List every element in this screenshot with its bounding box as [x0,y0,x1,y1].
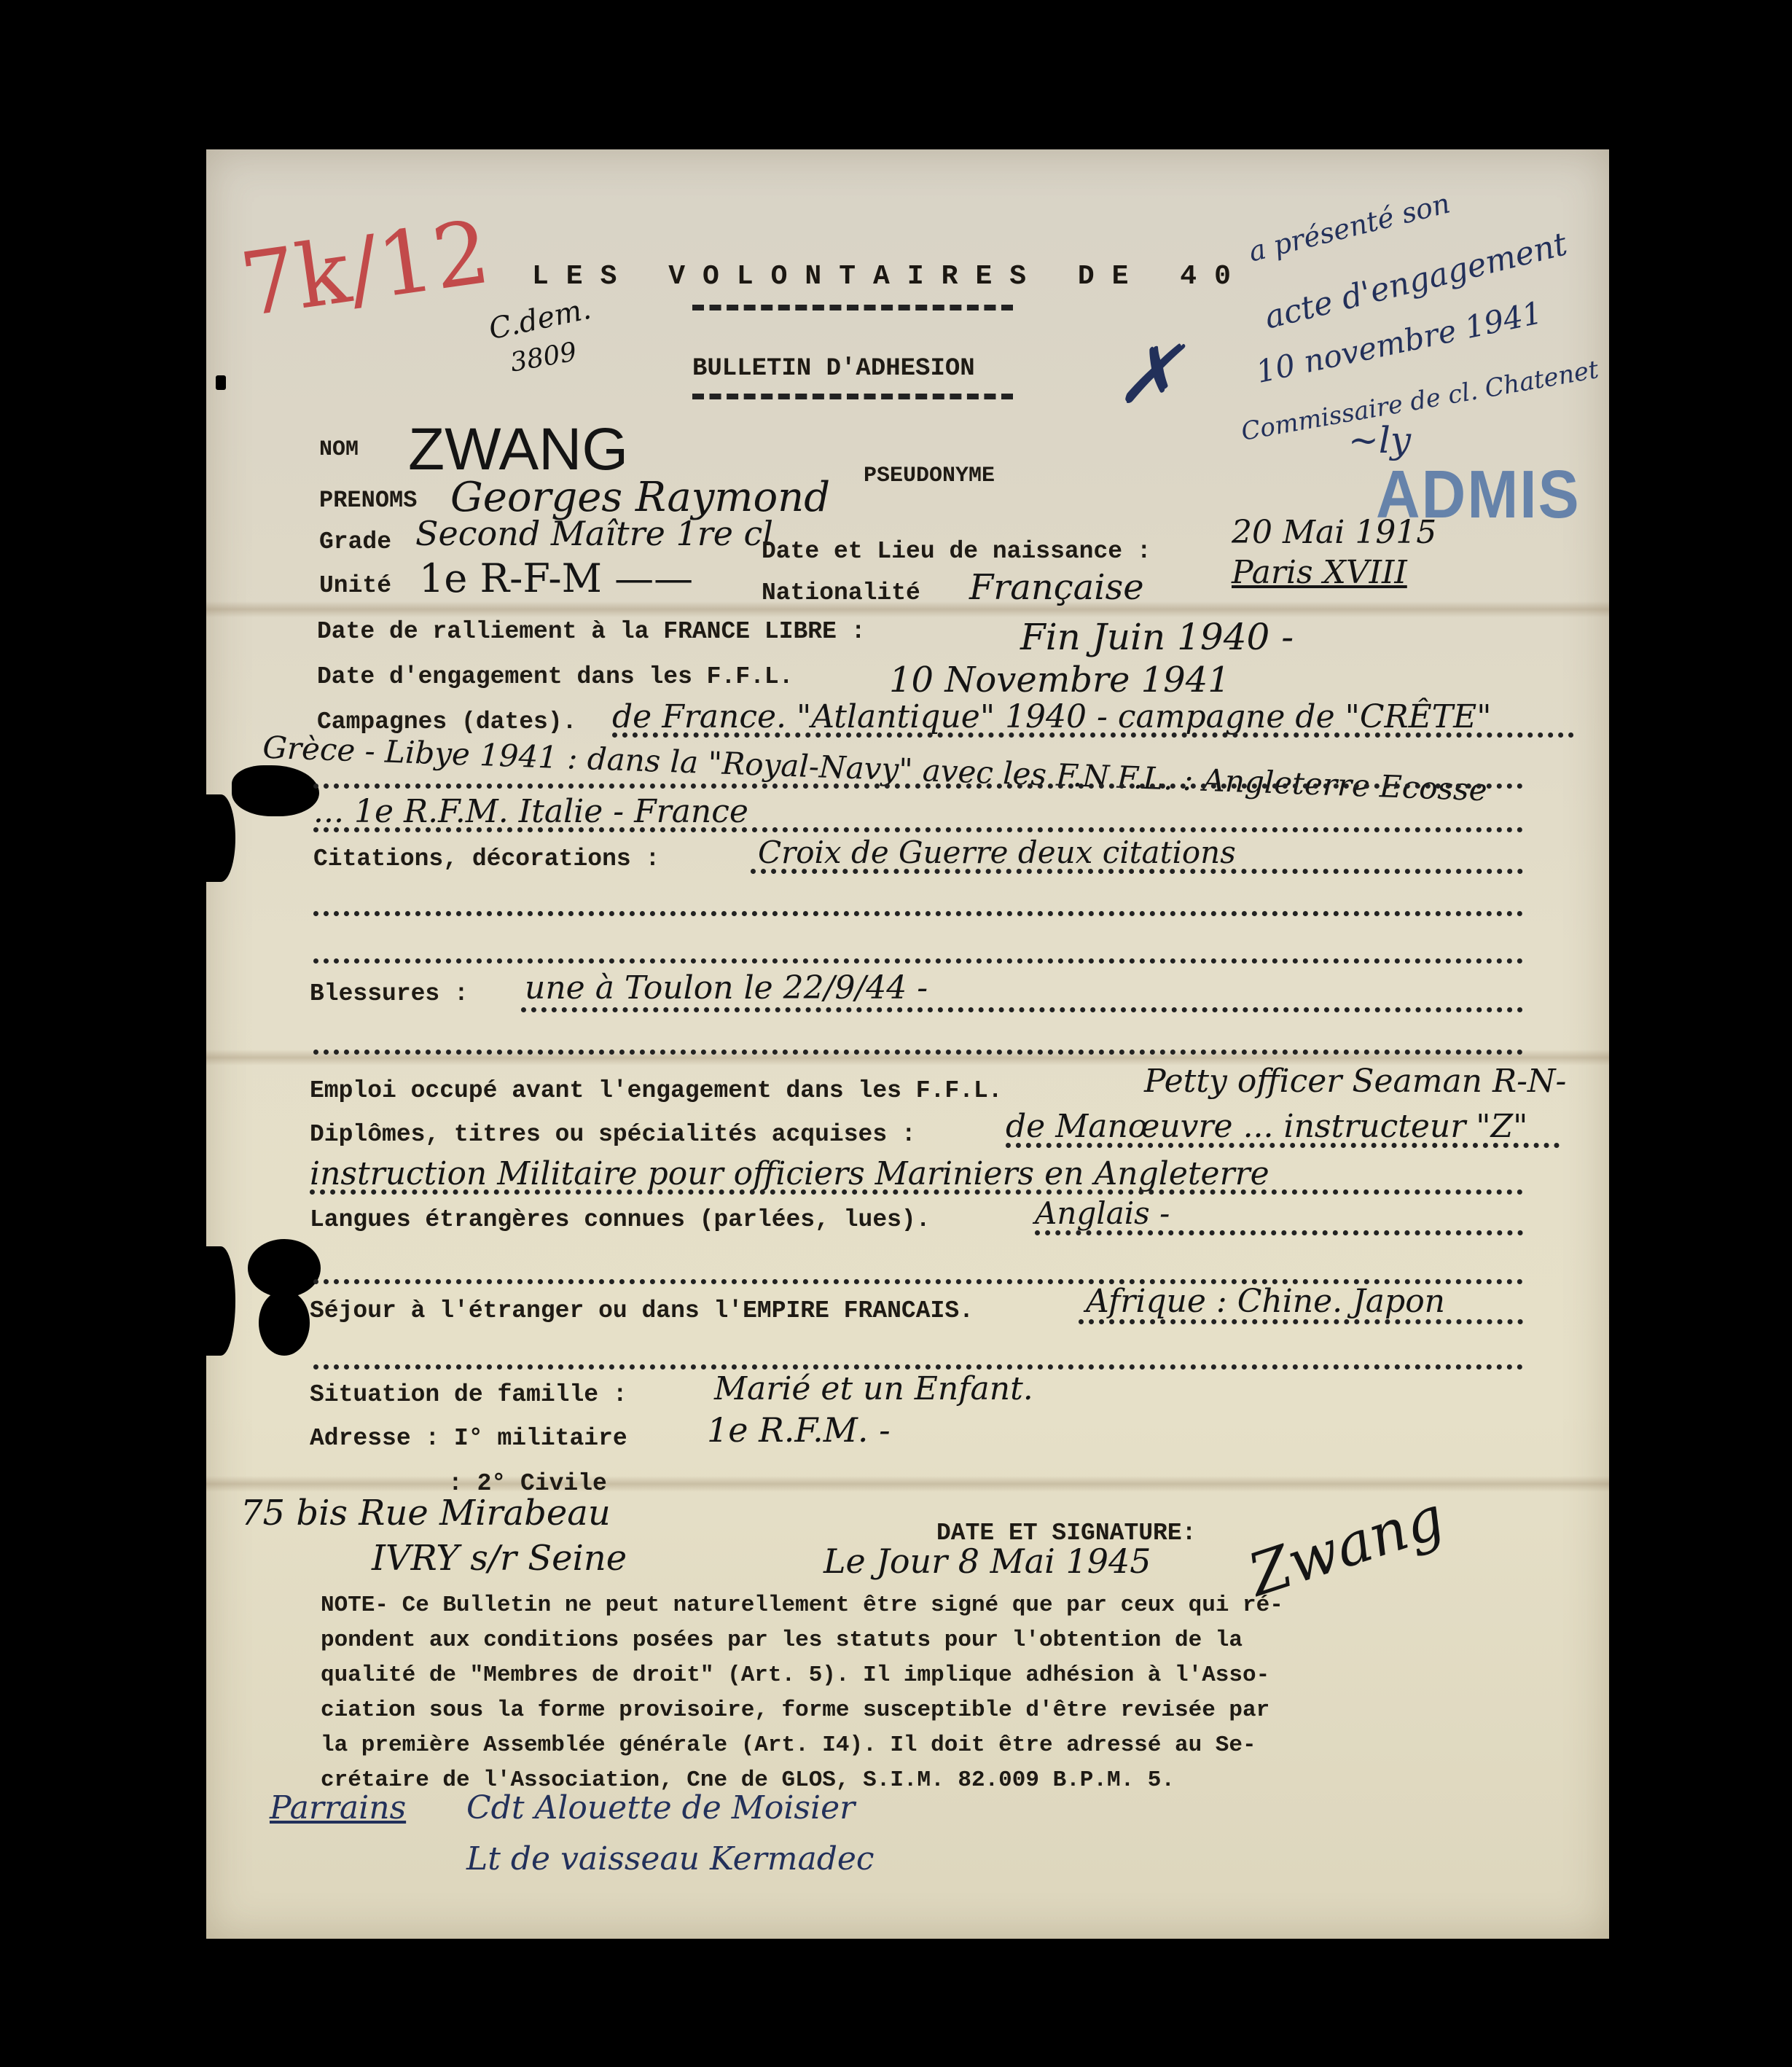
initials-mark-icon: ✗ [1115,328,1182,421]
dotted-line [1079,1312,1523,1324]
dotted-line [751,861,1523,874]
naissance-lieu: Paris XVIII [1232,554,1407,591]
dotted-line [313,776,1523,789]
dotted-line [313,1042,1523,1055]
situation-label: Situation de famille : [310,1381,627,1408]
note-line: NOTE- Ce Bulletin ne peut naturellement … [321,1593,1283,1619]
dotted-line [1035,1223,1523,1235]
naissance-date: 20 Mai 1915 [1232,514,1436,551]
unite-label: Unité [319,572,391,599]
dotted-line [521,1000,1523,1012]
note-line: ciation sous la forme provisoire, forme … [321,1697,1269,1724]
dotted-line [313,904,1523,916]
signature-date: Le Jour 8 Mai 1945 [823,1542,1151,1581]
adresse-militaire-label: Adresse : I° militaire [310,1425,627,1452]
ralliement-value: Fin Juin 1940 - [1020,616,1294,658]
punch-dot [216,375,226,390]
emploi-value: Petty officer Seaman R-N- [1144,1063,1566,1100]
nationalite-label: Nationalité [762,579,920,606]
dotted-line [313,1357,1523,1369]
document-title: LES VOLONTAIRES DE 40 [532,261,1248,292]
unite-value: 1e R-F-M —— [419,555,693,601]
parrains-label: Parrains [270,1789,406,1826]
dotted-line [612,725,1574,738]
situation-value: Marié et un Enfant. [714,1370,1033,1407]
torn-hole [248,1239,321,1297]
naissance-label: Date et Lieu de naissance : [762,538,1151,565]
dotted-line [310,1182,1523,1195]
note-line: pondent aux conditions posées par les st… [321,1628,1243,1654]
paper-fold [206,1476,1609,1492]
nationalite-value: Française [969,567,1144,608]
dotted-line [313,820,1523,832]
blessures-label: Blessures : [310,980,469,1007]
grade-value: Second Maître 1re cl [415,514,773,553]
dotted-line [313,951,1523,964]
pseudonyme-label: PSEUDONYME [864,464,995,488]
parrain-1: Cdt Alouette de Moisier [466,1789,855,1826]
sejour-label: Séjour à l'étranger ou dans l'EMPIRE FRA… [310,1297,974,1324]
prenoms-label: PRENOMS [319,487,417,514]
adresse-militaire-value: 1e R.F.M. - [707,1410,891,1450]
dotted-line [1006,1136,1560,1148]
document-subtitle: BULLETIN D'ADHESION [692,355,975,383]
note-line: la première Assemblée générale (Art. I4)… [321,1732,1256,1759]
adresse-civile-line2: IVRY s/r Seine [372,1538,627,1579]
engagement-label: Date d'engagement dans les F.F.L. [317,663,794,690]
emploi-label: Emploi occupé avant l'engagement dans le… [310,1077,1003,1104]
parrain-2: Lt de vaisseau Kermadec [466,1840,875,1878]
torn-hole [259,1290,310,1356]
nom-label: NOM [319,437,359,462]
adresse-civile-line1: 75 bis Rue Mirabeau [240,1493,611,1533]
langues-label: Langues étrangères connues (parlées, lue… [310,1206,931,1233]
ralliement-label: Date de ralliement à la FRANCE LIBRE : [317,618,866,645]
note-line: qualité de "Membres de droit" (Art. 5). … [321,1662,1269,1689]
diplomes-label: Diplômes, titres ou spécialités acquises… [310,1121,916,1148]
campagnes-label: Campagnes (dates). [317,708,576,735]
title-underline [692,305,1013,310]
grade-label: Grade [319,528,391,555]
torn-edge [206,1246,235,1356]
engagement-value: 10 Novembre 1941 [889,660,1230,700]
citations-label: Citations, décorations : [313,845,660,872]
torn-edge [206,794,235,882]
subtitle-underline [692,394,1013,399]
